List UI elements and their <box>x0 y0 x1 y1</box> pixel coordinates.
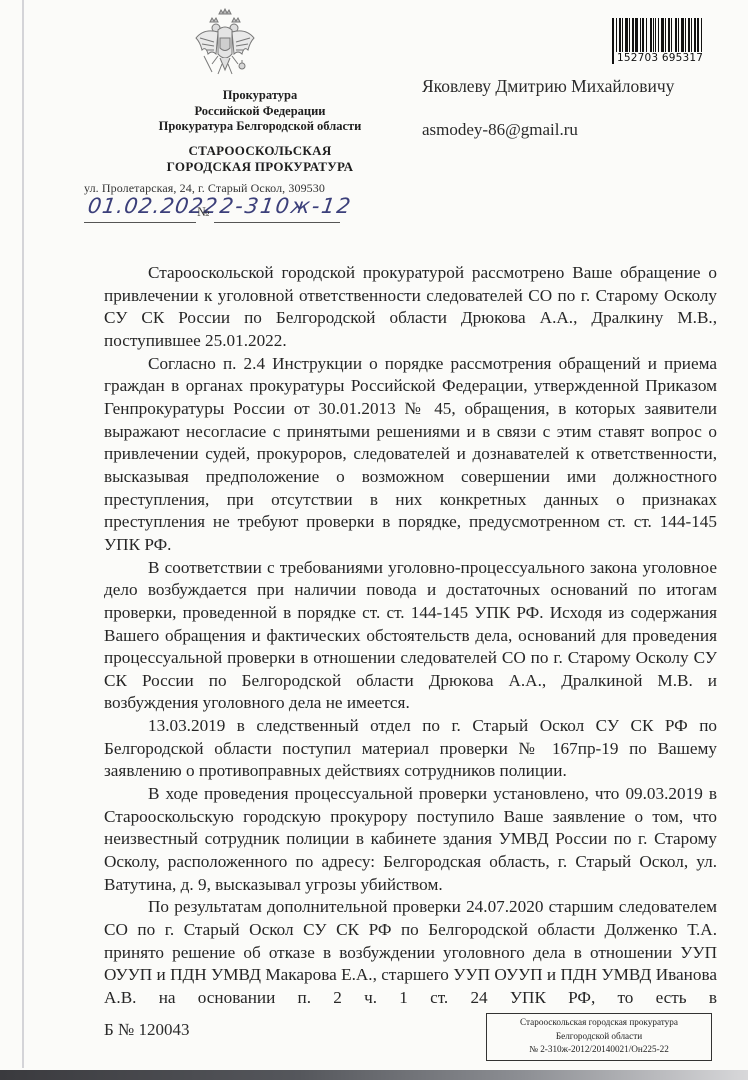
body-paragraph: 13.03.2019 в следственный отдел по г. Ст… <box>104 715 717 783</box>
org-line: Прокуратура Белгородской области <box>100 119 420 135</box>
city-office-line: ГОРОДСКАЯ ПРОКУРАТУРА <box>100 159 420 175</box>
registration-number: 2-310ж-12 <box>218 194 354 218</box>
barcode-digits: 152703 695317 <box>616 52 704 64</box>
body-paragraph: В соответствии с требованиями уголовно-п… <box>104 557 717 716</box>
recipient-name: Яковлеву Дмитрию Михайловичу <box>422 76 674 97</box>
stamp-line: Старооскольская городская прокуратура <box>487 1016 711 1030</box>
registration-line: 01.02.2022 № 2-310ж-12 <box>84 194 404 228</box>
stamp-line: Белгородской области <box>487 1030 711 1044</box>
form-number: Б № 120043 <box>104 1020 189 1040</box>
city-office: СТАРООСКОЛЬСКАЯ ГОРОДСКАЯ ПРОКУРАТУРА <box>100 143 420 175</box>
stamp-line: № 2-310ж-2012/20140021/Он225-22 <box>487 1043 711 1057</box>
letter-body: Старооскольской городской прокуратурой р… <box>104 262 717 1010</box>
registration-stamp: Старооскольская городская прокуратура Бе… <box>486 1013 712 1061</box>
body-paragraph: В ходе проведения процессуальной проверк… <box>104 783 717 896</box>
recipient-email: asmodey-86@gmail.ru <box>422 120 578 140</box>
sender-organization: Прокуратура Российской Федерации Прокура… <box>100 88 420 175</box>
date-underline <box>84 222 196 223</box>
body-paragraph: По результатам дополнительной проверки 2… <box>104 896 717 1009</box>
body-paragraph: Старооскольской городской прокуратурой р… <box>104 262 717 353</box>
body-paragraph: Согласно п. 2.4 Инструкции о порядке рас… <box>104 353 717 557</box>
scan-edge-line <box>22 0 24 1068</box>
org-line: Прокуратура <box>100 88 420 104</box>
org-line: Российской Федерации <box>100 104 420 120</box>
barcode: 152703 695317 <box>612 18 718 64</box>
scan-bottom-edge <box>0 1070 748 1080</box>
russian-coat-of-arms-icon <box>192 8 258 84</box>
number-underline <box>214 222 340 223</box>
city-office-line: СТАРООСКОЛЬСКАЯ <box>100 143 420 159</box>
number-sign: № <box>197 204 209 220</box>
